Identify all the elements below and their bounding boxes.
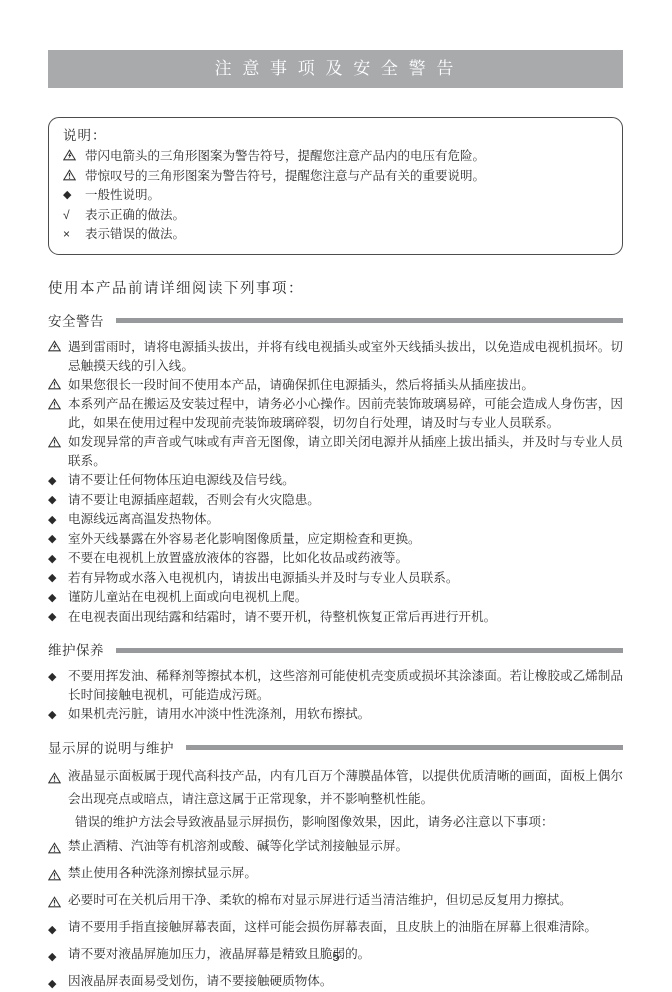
- warning-item-text: 谨防儿童站在电视机上面或向电视机上爬。: [68, 588, 623, 607]
- diamond-icon: ◆: [48, 549, 68, 569]
- section-heading: 显示屏的说明与维护: [48, 737, 623, 757]
- warning-item: ◆谨防儿童站在电视机上面或向电视机上爬。: [48, 588, 623, 608]
- warning-item-text: 如果机壳污脏，请用水冲淡中性洗涤剂，用软布擦拭。: [68, 705, 623, 724]
- warning-item-text: 禁止酒精、汽油等有机溶剂或酸、碱等化学试剂接触显示屏。: [68, 835, 623, 858]
- intro-text: 使用本产品前请详细阅读下列事项：: [48, 277, 623, 298]
- exclamation-triangle-icon: [48, 433, 68, 453]
- warning-item-text: 电源线远离高温发热物体。: [68, 510, 623, 529]
- exclamation-triangle-icon: [48, 376, 68, 396]
- warning-item: 液晶显示面板属于现代高科技产品，内有几百万个薄膜晶体管，以提供优质清晰的画面，面…: [48, 765, 623, 834]
- diamond-icon: ◆: [48, 916, 68, 942]
- exclamation-triangle-icon: [48, 395, 68, 415]
- warning-item-body: 请不要用手指直接触屏幕表面，这样可能会损伤屏幕表面，且皮肤上的油脂在屏幕上很难清…: [68, 916, 623, 939]
- exclamation-triangle-icon: [63, 167, 85, 187]
- warning-item-body: 请不要让任何物体压迫电源线及信号线。: [68, 471, 623, 490]
- warning-item: ◆如果机壳污脏，请用水冲淡中性洗涤剂，用软布擦拭。: [48, 705, 623, 725]
- exclamation-triangle-icon: [48, 889, 68, 915]
- legend-item: 带闪电箭头的三角形图案为警告符号，提醒您注意产品内的电压有危险。: [63, 147, 610, 167]
- diamond-icon: ◆: [48, 471, 68, 491]
- legend-item-text: 带惊叹号的三角形图案为警告符号，提醒您注意与产品有关的重要说明。: [85, 167, 485, 187]
- warning-item: ◆若有异物或水落入电视机内，请拔出电源插头并及时与专业人员联系。: [48, 569, 623, 589]
- section-heading-bar: [116, 318, 623, 323]
- warning-item-body: 谨防儿童站在电视机上面或向电视机上爬。: [68, 588, 623, 607]
- warning-item-text: 禁止使用各种洗涤剂擦拭显示屏。: [68, 862, 623, 885]
- section-heading-bar: [116, 648, 623, 653]
- warning-item-body: 因液晶屏表面易受划伤，请不要接触硬质物体。: [68, 970, 623, 992]
- legend-item: ◆一般性说明。: [63, 186, 610, 206]
- section-items: 遇到雷雨时，请将电源插头拔出，并将有线电视插头或室外天线插头拔出，以免造成电视机…: [48, 338, 623, 628]
- lightning-triangle-icon: [48, 338, 68, 358]
- warning-item-text: 因液晶屏表面易受划伤，请不要接触硬质物体。: [68, 970, 623, 992]
- exclamation-triangle-icon: [48, 862, 68, 888]
- warning-item: ◆因液晶屏表面易受划伤，请不要接触硬质物体。: [48, 970, 623, 992]
- warning-item-extra-text: 错误的维护方法会导致液晶显示屏损伤，影响图像效果，因此，请务必注意以下事项：: [68, 811, 623, 834]
- legend-items: 带闪电箭头的三角形图案为警告符号，提醒您注意产品内的电压有危险。带惊叹号的三角形…: [63, 147, 610, 245]
- warning-item-body: 电源线远离高温发热物体。: [68, 510, 623, 529]
- diamond-icon: ◆: [48, 510, 68, 530]
- warning-item: ◆请不要用手指直接触屏幕表面，这样可能会损伤屏幕表面，且皮肤上的油脂在屏幕上很难…: [48, 916, 623, 942]
- warning-item: 必要时可在关机后用干净、柔软的棉布对显示屏进行适当清洁维护，但切忌反复用力擦拭。: [48, 889, 623, 915]
- section-heading-text: 显示屏的说明与维护: [48, 737, 174, 757]
- warning-item-body: 必要时可在关机后用干净、柔软的棉布对显示屏进行适当清洁维护，但切忌反复用力擦拭。: [68, 889, 623, 912]
- warning-item-text: 液晶显示面板属于现代高科技产品，内有几百万个薄膜晶体管，以提供优质清晰的画面，面…: [68, 765, 623, 811]
- warning-item: 如果您很长一段时间不使用本产品，请确保抓住电源插头，然后将插头从插座拔出。: [48, 376, 623, 396]
- exclamation-triangle-icon: [48, 835, 68, 861]
- diamond-icon: ◆: [48, 667, 68, 687]
- diamond-icon: ◆: [48, 970, 68, 992]
- warning-item-body: 不要在电视机上放置盛放液体的容器，比如化妆品或药液等。: [68, 549, 623, 568]
- warning-item-text: 本系列产品在搬运及安装过程中，请务必小心操作。因前壳装饰玻璃易碎，可能会造成人身…: [68, 395, 623, 433]
- diamond-icon: ◆: [63, 186, 85, 206]
- warning-item: ◆室外天线暴露在外容易老化影响图像质量，应定期检查和更换。: [48, 530, 623, 550]
- warning-item-text: 请不要用手指直接触屏幕表面，这样可能会损伤屏幕表面，且皮肤上的油脂在屏幕上很难清…: [68, 916, 623, 939]
- section-items: ◆不要用挥发油、稀释剂等擦拭本机，这些溶剂可能使机壳变质或损坏其涂漆面。若让橡胶…: [48, 667, 623, 725]
- warning-item: 如发现异常的声音或气味或有声音无图像，请立即关闭电源并从插座上拔出插头，并及时与…: [48, 433, 623, 471]
- warning-item-text: 若有异物或水落入电视机内，请拔出电源插头并及时与专业人员联系。: [68, 569, 623, 588]
- legend-title: 说明：: [63, 126, 610, 146]
- warning-item-text: 不要在电视机上放置盛放液体的容器，比如化妆品或药液等。: [68, 549, 623, 568]
- legend-item: 带惊叹号的三角形图案为警告符号，提醒您注意与产品有关的重要说明。: [63, 167, 610, 187]
- warning-item-body: 不要用挥发油、稀释剂等擦拭本机，这些溶剂可能使机壳变质或损坏其涂漆面。若让橡胶或…: [68, 667, 623, 705]
- section-heading-text: 安全警告: [48, 310, 104, 330]
- warning-item-body: 禁止酒精、汽油等有机溶剂或酸、碱等化学试剂接触显示屏。: [68, 835, 623, 858]
- warning-item-body: 如果您很长一段时间不使用本产品，请确保抓住电源插头，然后将插头从插座拔出。: [68, 376, 623, 395]
- diamond-icon: ◆: [48, 705, 68, 725]
- section-heading-text: 维护保养: [48, 639, 104, 659]
- warning-item-body: 遇到雷雨时，请将电源插头拔出，并将有线电视插头或室外天线插头拔出，以免造成电视机…: [68, 338, 623, 376]
- warning-item: 禁止酒精、汽油等有机溶剂或酸、碱等化学试剂接触显示屏。: [48, 835, 623, 861]
- warning-item-body: 室外天线暴露在外容易老化影响图像质量，应定期检查和更换。: [68, 530, 623, 549]
- warning-item-body: 在电视表面出现结露和结霜时，请不要开机，待整机恢复正常后再进行开机。: [68, 608, 623, 627]
- warning-item-body: 如发现异常的声音或气味或有声音无图像，请立即关闭电源并从插座上拔出插头，并及时与…: [68, 433, 623, 471]
- warning-item: ◆在电视表面出现结露和结霜时，请不要开机，待整机恢复正常后再进行开机。: [48, 608, 623, 628]
- warning-item-text: 如发现异常的声音或气味或有声音无图像，请立即关闭电源并从插座上拔出插头，并及时与…: [68, 433, 623, 471]
- diamond-icon: ◆: [48, 569, 68, 589]
- manual-page: 注 意 事 项 及 安 全 警 告 说明： 带闪电箭头的三角形图案为警告符号，提…: [0, 0, 672, 992]
- warning-item-text: 不要用挥发油、稀释剂等擦拭本机，这些溶剂可能使机壳变质或损坏其涂漆面。若让橡胶或…: [68, 667, 623, 705]
- diamond-icon: ◆: [48, 588, 68, 608]
- legend-box: 说明： 带闪电箭头的三角形图案为警告符号，提醒您注意产品内的电压有危险。带惊叹号…: [48, 117, 623, 255]
- check-icon: √: [63, 206, 85, 226]
- legend-item-text: 表示错误的做法。: [85, 225, 185, 245]
- legend-item-text: 一般性说明。: [85, 186, 160, 206]
- warning-item: ◆不要在电视机上放置盛放液体的容器，比如化妆品或药液等。: [48, 549, 623, 569]
- warning-item-text: 请不要让任何物体压迫电源线及信号线。: [68, 471, 623, 490]
- warning-item: 禁止使用各种洗涤剂擦拭显示屏。: [48, 862, 623, 888]
- diamond-icon: ◆: [48, 530, 68, 550]
- page-number: 5: [0, 949, 672, 964]
- warning-item-body: 禁止使用各种洗涤剂擦拭显示屏。: [68, 862, 623, 885]
- warning-item: 遇到雷雨时，请将电源插头拔出，并将有线电视插头或室外天线插头拔出，以免造成电视机…: [48, 338, 623, 376]
- section: 维护保养◆不要用挥发油、稀释剂等擦拭本机，这些溶剂可能使机壳变质或损坏其涂漆面。…: [48, 639, 623, 725]
- lightning-triangle-icon: [63, 147, 85, 167]
- warning-item-body: 本系列产品在搬运及安装过程中，请务必小心操作。因前壳装饰玻璃易碎，可能会造成人身…: [68, 395, 623, 433]
- warning-item-body: 如果机壳污脏，请用水冲淡中性洗涤剂，用软布擦拭。: [68, 705, 623, 724]
- warning-item-body: 请不要让电源插座超载，否则会有火灾隐患。: [68, 491, 623, 510]
- warning-item-text: 在电视表面出现结露和结霜时，请不要开机，待整机恢复正常后再进行开机。: [68, 608, 623, 627]
- legend-item: √表示正确的做法。: [63, 206, 610, 226]
- section-heading: 安全警告: [48, 310, 623, 330]
- warning-item-text: 如果您很长一段时间不使用本产品，请确保抓住电源插头，然后将插头从插座拔出。: [68, 376, 623, 395]
- section: 安全警告遇到雷雨时，请将电源插头拔出，并将有线电视插头或室外天线插头拔出，以免造…: [48, 310, 623, 628]
- legend-item: ×表示错误的做法。: [63, 225, 610, 245]
- diamond-icon: ◆: [48, 491, 68, 511]
- exclamation-triangle-icon: [48, 765, 68, 791]
- warning-item-text: 室外天线暴露在外容易老化影响图像质量，应定期检查和更换。: [68, 530, 623, 549]
- cross-icon: ×: [63, 225, 85, 245]
- sections-container: 安全警告遇到雷雨时，请将电源插头拔出，并将有线电视插头或室外天线插头拔出，以免造…: [48, 310, 623, 992]
- page-title: 注 意 事 项 及 安 全 警 告: [48, 50, 623, 88]
- warning-item-text: 遇到雷雨时，请将电源插头拔出，并将有线电视插头或室外天线插头拔出，以免造成电视机…: [68, 338, 623, 376]
- legend-item-text: 表示正确的做法。: [85, 206, 185, 226]
- warning-item-text: 必要时可在关机后用干净、柔软的棉布对显示屏进行适当清洁维护，但切忌反复用力擦拭。: [68, 889, 623, 912]
- warning-item-text: 请不要让电源插座超载，否则会有火灾隐患。: [68, 491, 623, 510]
- warning-item: 本系列产品在搬运及安装过程中，请务必小心操作。因前壳装饰玻璃易碎，可能会造成人身…: [48, 395, 623, 433]
- warning-item: ◆请不要让任何物体压迫电源线及信号线。: [48, 471, 623, 491]
- warning-item-body: 液晶显示面板属于现代高科技产品，内有几百万个薄膜晶体管，以提供优质清晰的画面，面…: [68, 765, 623, 834]
- warning-item: ◆不要用挥发油、稀释剂等擦拭本机，这些溶剂可能使机壳变质或损坏其涂漆面。若让橡胶…: [48, 667, 623, 705]
- warning-item: ◆请不要让电源插座超载，否则会有火灾隐患。: [48, 491, 623, 511]
- section-heading-bar: [186, 745, 623, 750]
- legend-item-text: 带闪电箭头的三角形图案为警告符号，提醒您注意产品内的电压有危险。: [85, 147, 485, 167]
- section-heading: 维护保养: [48, 639, 623, 659]
- diamond-icon: ◆: [48, 608, 68, 628]
- warning-item: ◆电源线远离高温发热物体。: [48, 510, 623, 530]
- warning-item-body: 若有异物或水落入电视机内，请拔出电源插头并及时与专业人员联系。: [68, 569, 623, 588]
